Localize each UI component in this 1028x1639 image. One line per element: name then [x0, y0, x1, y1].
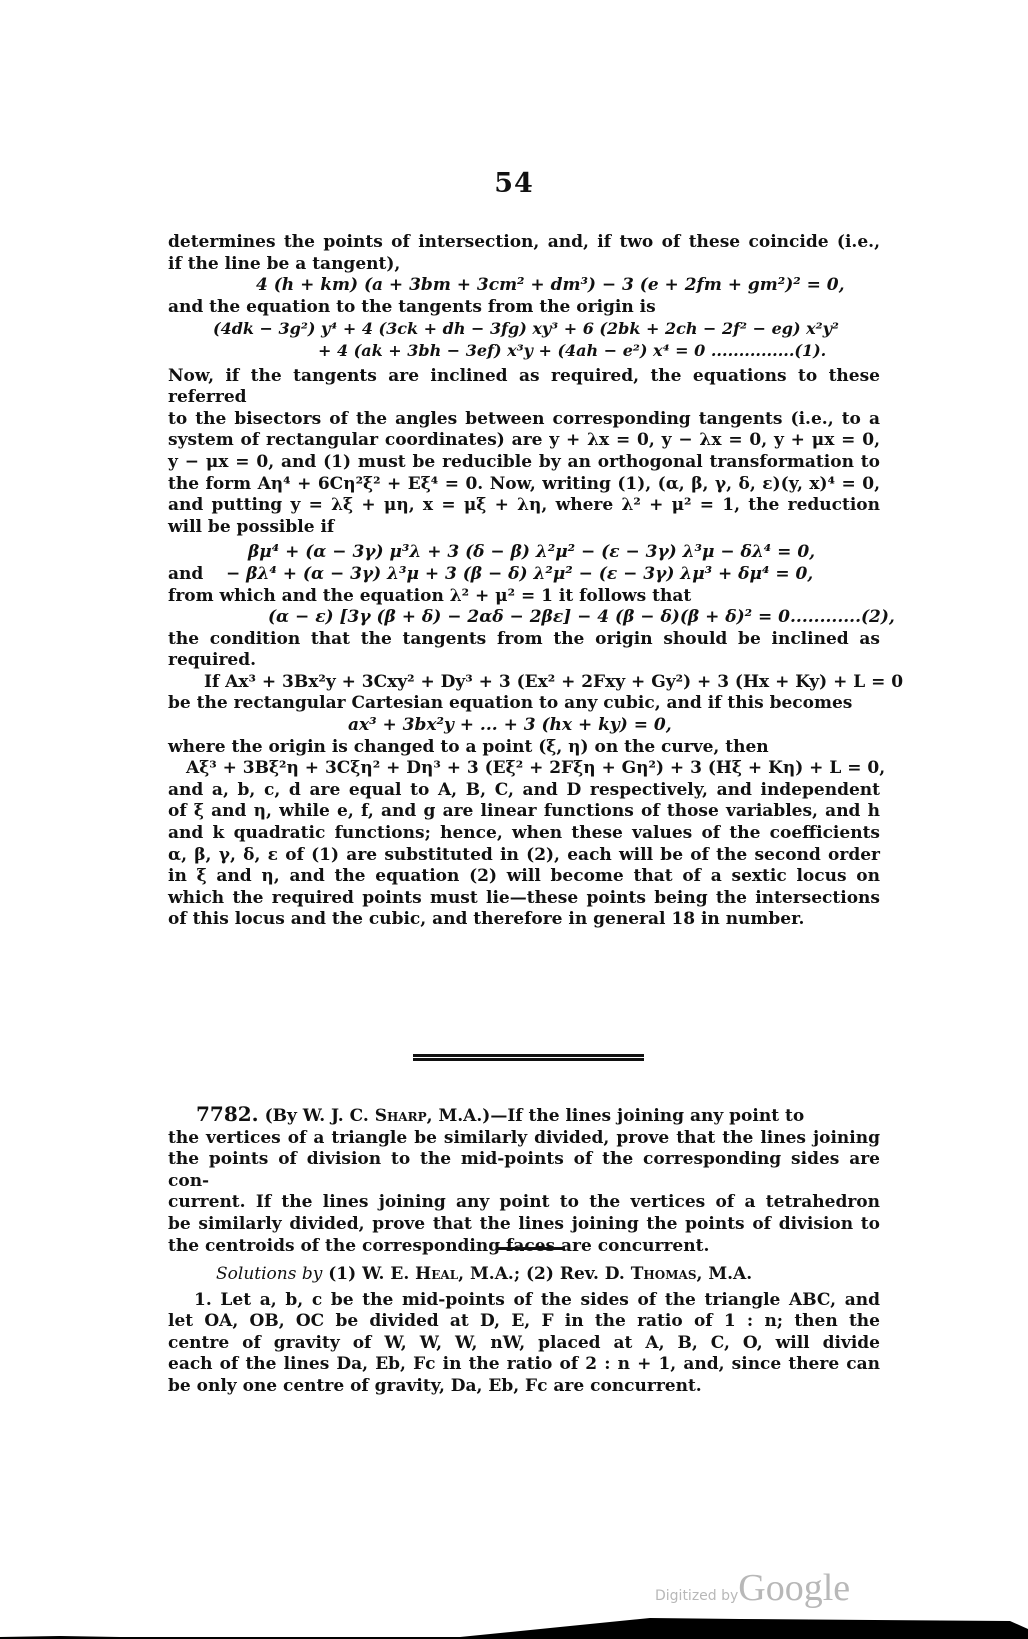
- text-line: current. If the lines joining any point …: [168, 1192, 880, 1214]
- text-line: and the equation to the tangents from th…: [168, 297, 880, 319]
- solutions-heading-part: , M.A.: [696, 1264, 752, 1284]
- solutions-heading-part: (1) W. E.: [322, 1264, 415, 1284]
- text-line: to the bisectors of the angles between c…: [168, 409, 880, 431]
- solutions-heading-italic: Solutions by: [216, 1264, 322, 1284]
- text-line: the points of division to the mid-points…: [168, 1149, 880, 1192]
- text-line: Now, if the tangents are inclined as req…: [168, 366, 880, 409]
- scan-edge-shadow: [0, 1609, 1028, 1639]
- question-author-close: , M.A.)—If the lines joining any point t…: [427, 1106, 805, 1126]
- text-line: will be possible if: [168, 517, 880, 539]
- text-line: 1. Let a, b, c be the mid-points of the …: [168, 1290, 880, 1312]
- text-line: of this locus and the cubic, and therefo…: [168, 909, 880, 931]
- text-line: determines the points of intersection, a…: [168, 232, 880, 254]
- text-line: let OA, OB, OC be divided at D, E, F in …: [168, 1311, 880, 1333]
- page-number: 54: [0, 168, 1028, 199]
- digitized-by-google-watermark: Digitized byGoogle: [655, 1566, 850, 1610]
- section-continuation: determines the points of intersection, a…: [168, 232, 880, 931]
- text-line: be the rectangular Cartesian equation to…: [168, 693, 880, 715]
- question-author-name: Sharp: [375, 1106, 427, 1126]
- equation-shifted: Aξ³ + 3Bξ²η + 3Cξη² + Dη³ + 3 (Eξ² + 2Fξ…: [168, 758, 880, 780]
- solutions-heading: Solutions by (1) W. E. Heal, M.A.; (2) R…: [168, 1264, 880, 1286]
- question-7782: 7782. (By W. J. C. Sharp, M.A.)—If the l…: [168, 1104, 880, 1257]
- equation-condition-2-body: − βλ⁴ + (α − 3γ) λ³μ + 3 (β − δ) λ²μ² − …: [226, 564, 813, 584]
- section-divider-single: [496, 1247, 565, 1250]
- equation-tangent-condition: 4 (h + km) (a + 3bm + 3cm² + dm³) − 3 (e…: [168, 275, 880, 297]
- section-divider-double: [413, 1054, 644, 1061]
- text-line: and k quadratic functions; hence, when t…: [168, 823, 880, 845]
- solver-1-name: Heal: [415, 1264, 458, 1284]
- text-line: α, β, γ, δ, ε of (1) are substituted in …: [168, 845, 880, 867]
- text-line: the vertices of a triangle be similarly …: [168, 1128, 880, 1150]
- equation-becomes: ax³ + 3bx²y + ... + 3 (hx + ky) = 0,: [168, 715, 880, 737]
- text-line: the condition that the tangents from the…: [168, 629, 880, 651]
- solutions-heading-part: , M.A.; (2) Rev. D.: [458, 1264, 631, 1284]
- text-line: if the line be a tangent),: [168, 254, 880, 276]
- text-line: each of the lines Da, Eb, Fc in the rati…: [168, 1354, 880, 1376]
- text-line: of ξ and η, while e, f, and g are linear…: [168, 801, 880, 823]
- text-line: required.: [168, 650, 880, 672]
- solver-2-name: Thomas: [631, 1264, 697, 1284]
- text-line: the form Aη⁴ + 6Cη²ξ² + Eξ⁴ = 0. Now, wr…: [168, 474, 880, 496]
- question-author-open: (By W. J. C.: [265, 1106, 375, 1126]
- and-label: and: [168, 564, 226, 586]
- text-line: and a, b, c, d are equal to A, B, C, and…: [168, 780, 880, 802]
- google-logo-text: Google: [738, 1567, 850, 1609]
- text-line: where the origin is changed to a point (…: [168, 737, 880, 759]
- watermark-small-text: Digitized by: [655, 1588, 738, 1604]
- text-line: from which and the equation λ² + μ² = 1 …: [168, 586, 880, 608]
- question-number: 7782.: [196, 1102, 259, 1126]
- text-line: be similarly divided, prove that the lin…: [168, 1214, 880, 1236]
- equation-condition-1: βμ⁴ + (α − 3γ) μ³λ + 3 (δ − β) λ²μ² − (ε…: [168, 542, 880, 564]
- text-line: and putting y = λξ + μη, x = μξ + λη, wh…: [168, 495, 880, 517]
- text-line: centre of gravity of W, W, W, nW, placed…: [168, 1333, 880, 1355]
- equation-2: (α − ε) [3γ (β + δ) − 2αδ − 2βε] − 4 (β …: [168, 607, 880, 629]
- text-line: system of rectangular coordinates) are y…: [168, 430, 880, 452]
- text-line: be only one centre of gravity, Da, Eb, F…: [168, 1376, 880, 1398]
- text-line: in ξ and η, and the equation (2) will be…: [168, 866, 880, 888]
- equation-cubic: If Ax³ + 3Bx²y + 3Cxy² + Dy³ + 3 (Ex² + …: [168, 672, 880, 694]
- text-line: which the required points must lie—these…: [168, 888, 880, 910]
- solutions: Solutions by (1) W. E. Heal, M.A.; (2) R…: [168, 1264, 880, 1398]
- equation-1-line-1: (4dk − 3g²) y⁴ + 4 (3ck + dh − 3fg) xy³ …: [168, 318, 880, 340]
- text-line: y − μx = 0, and (1) must be reducible by…: [168, 452, 880, 474]
- equation-condition-2: and− βλ⁴ + (α − 3γ) λ³μ + 3 (β − δ) λ²μ²…: [168, 564, 880, 586]
- equation-1-line-2: + 4 (ak + 3bh − 3ef) x³y + (4ah − e²) x⁴…: [168, 340, 880, 362]
- question-header-line: 7782. (By W. J. C. Sharp, M.A.)—If the l…: [168, 1104, 880, 1128]
